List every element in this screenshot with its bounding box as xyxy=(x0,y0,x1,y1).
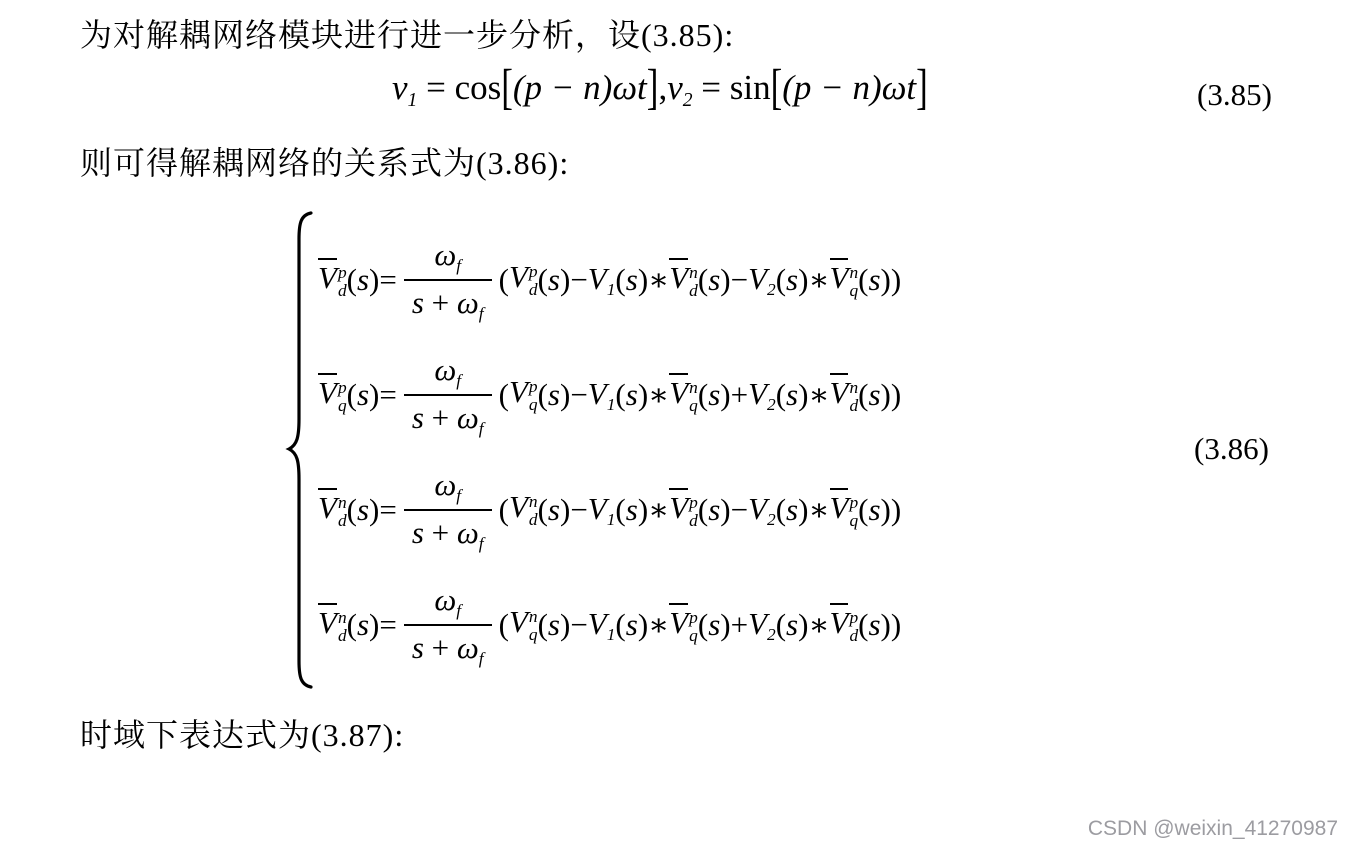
math-base: V xyxy=(748,377,767,410)
math-variable: Vpd xyxy=(318,258,347,301)
math-italic: s xyxy=(708,262,720,297)
math-italic: s xyxy=(357,377,369,412)
math-text: − xyxy=(570,607,587,643)
math-variable: V2 xyxy=(748,606,776,643)
math-italic: s xyxy=(412,630,424,665)
math-of-s: (s) xyxy=(698,492,731,528)
math-italic: s xyxy=(868,607,880,642)
math-of-s: (s) xyxy=(347,377,380,413)
math-text: = cos xyxy=(417,68,501,107)
math-italic: s xyxy=(708,492,720,527)
math-scripts: nd xyxy=(338,494,347,531)
math-italic: s xyxy=(412,285,424,320)
math-text: ∗ xyxy=(648,262,669,298)
math-base: v xyxy=(392,69,408,107)
math-italic: s xyxy=(548,262,560,297)
math-variable: Vpq xyxy=(669,603,698,646)
math-barred-base: V xyxy=(669,488,688,524)
math-italic: s xyxy=(786,377,798,412)
math-of-s: (s) xyxy=(538,377,571,413)
math-text: − xyxy=(570,377,587,413)
math-subscript: f xyxy=(479,534,484,553)
math-of-s: (s) xyxy=(615,377,648,413)
math-barred-base: V xyxy=(318,258,337,294)
math-italic: s xyxy=(786,262,798,297)
math-scripts: pd xyxy=(849,609,858,646)
math-variable: Vpq xyxy=(830,488,859,531)
watermark-text: CSDN @weixin_41270987 xyxy=(1088,817,1338,841)
math-fraction: ωfs + ωf xyxy=(404,582,492,667)
math-fraction: ωfs + ωf xyxy=(404,237,492,322)
math-scripts: nq xyxy=(529,608,538,645)
math-of-s: (s) xyxy=(776,607,809,643)
math-barred-base: V xyxy=(669,258,688,294)
math-of-s: (s) xyxy=(858,262,891,298)
math-italic: (p − n)ωt xyxy=(513,68,647,107)
math-base: V xyxy=(509,375,528,408)
equation-row: Vnd(s) = ωfs + ωf(Vnq(s) − V1(s) ∗ Vpq(s… xyxy=(318,567,901,682)
fraction-denominator: s + ωf xyxy=(404,279,492,322)
math-base: V xyxy=(588,377,607,410)
math-italic: s xyxy=(626,607,638,642)
math-text: − xyxy=(731,262,748,298)
equation-row: Vpq(s) = ωfs + ωf(Vpq(s) − V1(s) ∗ Vnq(s… xyxy=(318,337,901,452)
math-of-s: (s) xyxy=(347,607,380,643)
math-text: , xyxy=(658,68,667,107)
math-subscript: 2 xyxy=(767,395,776,414)
math-subscript: 1 xyxy=(607,510,616,529)
math-scripts: pd xyxy=(529,263,538,300)
paragraph-time-domain: 时域下表达式为(3.87): xyxy=(80,710,404,756)
math-text: + xyxy=(424,515,457,550)
math-bracket: [ xyxy=(501,59,513,116)
math-text: = sin xyxy=(693,68,771,107)
math-variable: Vnd xyxy=(830,373,859,416)
math-subscript: f xyxy=(456,256,461,275)
math-italic: s xyxy=(412,400,424,435)
math-base: V xyxy=(748,492,767,525)
math-variable: Vpd xyxy=(669,488,698,531)
math-subscript: f xyxy=(479,304,484,323)
math-of-s: (s) xyxy=(776,492,809,528)
math-text: ∗ xyxy=(648,607,669,643)
math-text: = xyxy=(379,492,396,528)
math-subscript: 1 xyxy=(607,625,616,644)
math-italic: s xyxy=(786,492,798,527)
math-text: − xyxy=(570,492,587,528)
math-of-s: (s) xyxy=(776,377,809,413)
math-scripts: pd xyxy=(338,264,347,301)
math-variable: V2 xyxy=(748,261,776,298)
math-italic: s xyxy=(548,377,560,412)
paragraph-relation: 则可得解耦网络的关系式为(3.86): xyxy=(80,138,569,184)
math-bracket: [ xyxy=(771,59,783,116)
math-subscript: f xyxy=(479,649,484,668)
math-subscript: f xyxy=(456,601,461,620)
math-text: ( xyxy=(499,607,509,643)
math-text: ) xyxy=(891,377,901,413)
math-text: + xyxy=(424,400,457,435)
math-variable: ωf xyxy=(457,285,484,320)
math-base: V xyxy=(748,262,767,295)
paragraph-intro: 为对解耦网络模块进行进一步分析，设(3.85): xyxy=(80,10,734,56)
math-base: ω xyxy=(434,353,456,386)
math-barred-base: V xyxy=(318,488,337,524)
math-text: − xyxy=(570,262,587,298)
math-of-s: (s) xyxy=(538,607,571,643)
math-barred-base: V xyxy=(830,603,849,639)
math-variable: V2 xyxy=(748,491,776,528)
equation-label-385: (3.85) xyxy=(1197,77,1272,113)
math-scripts: nd xyxy=(689,264,698,301)
fraction-denominator: s + ωf xyxy=(404,394,492,437)
math-variable: Vnq xyxy=(830,258,859,301)
math-subscript: 2 xyxy=(767,510,776,529)
math-scripts: pq xyxy=(689,609,698,646)
math-base: V xyxy=(588,492,607,525)
equation-385: v1 = cos[(p − n)ωt],v2 = sin[(p − n)ωt] xyxy=(392,68,928,110)
math-of-s: (s) xyxy=(698,262,731,298)
math-of-s: (s) xyxy=(858,377,891,413)
math-variable: V1 xyxy=(588,261,616,298)
math-barred-base: V xyxy=(830,373,849,409)
math-variable: ωf xyxy=(434,467,461,502)
math-base: ω xyxy=(434,238,456,271)
math-variable: Vpd xyxy=(509,259,538,300)
math-subscript: f xyxy=(479,419,484,438)
math-italic: s xyxy=(357,492,369,527)
math-variable: Vnd xyxy=(318,603,347,646)
equation-system-386: Vpd(s) = ωfs + ωf(Vpd(s) − V1(s) ∗ Vnd(s… xyxy=(318,222,901,682)
math-base: V xyxy=(588,262,607,295)
math-of-s: (s) xyxy=(615,492,648,528)
math-variable: Vnq xyxy=(669,373,698,416)
math-scripts: nq xyxy=(689,379,698,416)
math-scripts: pd xyxy=(689,494,698,531)
math-scripts: nd xyxy=(338,609,347,646)
math-italic: s xyxy=(626,262,638,297)
math-base: V xyxy=(509,490,528,523)
math-text: ∗ xyxy=(808,377,829,413)
math-bracket: ] xyxy=(916,59,928,116)
math-text: ∗ xyxy=(648,492,669,528)
math-italic: s xyxy=(412,515,424,550)
math-of-s: (s) xyxy=(698,377,731,413)
math-text: ∗ xyxy=(648,377,669,413)
math-variable: Vnd xyxy=(318,488,347,531)
math-fraction: ωfs + ωf xyxy=(404,467,492,552)
math-variable: Vpq xyxy=(318,373,347,416)
math-scripts: nq xyxy=(849,264,858,301)
math-of-s: (s) xyxy=(538,492,571,528)
math-italic: (p − n)ωt xyxy=(782,68,916,107)
math-barred-base: V xyxy=(318,373,337,409)
math-of-s: (s) xyxy=(858,607,891,643)
document-page: 为对解耦网络模块进行进一步分析，设(3.85): v1 = cos[(p − n… xyxy=(0,0,1352,848)
math-variable: V1 xyxy=(588,491,616,528)
math-base: V xyxy=(748,607,767,640)
math-barred-base: V xyxy=(830,488,849,524)
math-barred-base: V xyxy=(830,258,849,294)
math-variable: v1 xyxy=(392,68,417,107)
math-text: ( xyxy=(499,262,509,298)
math-variable: V1 xyxy=(588,376,616,413)
math-of-s: (s) xyxy=(347,262,380,298)
math-subscript: f xyxy=(456,371,461,390)
math-bracket: ] xyxy=(647,59,659,116)
math-of-s: (s) xyxy=(615,607,648,643)
math-text: ( xyxy=(499,377,509,413)
math-italic: s xyxy=(786,607,798,642)
math-variable: ωf xyxy=(457,515,484,550)
math-base: ω xyxy=(457,286,479,319)
math-text: ) xyxy=(891,607,901,643)
math-variable: ωf xyxy=(434,237,461,272)
math-italic: s xyxy=(357,607,369,642)
math-variable: Vnd xyxy=(669,258,698,301)
math-italic: s xyxy=(708,377,720,412)
math-scripts: nd xyxy=(529,493,538,530)
math-subscript: 1 xyxy=(607,280,616,299)
math-fraction: ωfs + ωf xyxy=(404,352,492,437)
math-scripts: nd xyxy=(849,379,858,416)
math-variable: Vpq xyxy=(509,374,538,415)
math-base: ω xyxy=(434,583,456,616)
equation-label-386: (3.86) xyxy=(1194,431,1269,467)
math-subscript: 2 xyxy=(767,625,776,644)
math-subscript: 1 xyxy=(408,90,418,111)
math-base: V xyxy=(509,260,528,293)
math-variable: ωf xyxy=(457,630,484,665)
math-italic: s xyxy=(708,607,720,642)
math-text: + xyxy=(424,630,457,665)
left-brace xyxy=(284,209,316,696)
math-scripts: pq xyxy=(338,379,347,416)
math-of-s: (s) xyxy=(615,262,648,298)
math-barred-base: V xyxy=(669,603,688,639)
math-of-s: (s) xyxy=(858,492,891,528)
math-italic: s xyxy=(626,377,638,412)
fraction-numerator: ωf xyxy=(426,352,469,393)
fraction-numerator: ωf xyxy=(426,237,469,278)
math-variable: Vnq xyxy=(509,604,538,645)
math-of-s: (s) xyxy=(538,262,571,298)
math-base: ω xyxy=(457,631,479,664)
math-barred-base: V xyxy=(318,603,337,639)
math-text: = xyxy=(379,377,396,413)
math-italic: s xyxy=(548,492,560,527)
fraction-denominator: s + ωf xyxy=(404,624,492,667)
math-text: ( xyxy=(499,492,509,528)
math-variable: ωf xyxy=(457,400,484,435)
math-of-s: (s) xyxy=(347,492,380,528)
math-text: ) xyxy=(891,492,901,528)
math-text: = xyxy=(379,607,396,643)
math-base: ω xyxy=(457,401,479,434)
math-italic: s xyxy=(868,377,880,412)
math-variable: ωf xyxy=(434,352,461,387)
fraction-numerator: ωf xyxy=(426,467,469,508)
math-text: ∗ xyxy=(808,492,829,528)
math-italic: s xyxy=(868,262,880,297)
math-base: V xyxy=(588,607,607,640)
math-subscript: 1 xyxy=(607,395,616,414)
math-base: ω xyxy=(434,468,456,501)
math-variable: Vpd xyxy=(830,603,859,646)
math-italic: s xyxy=(357,262,369,297)
math-subscript: 2 xyxy=(683,90,693,111)
math-italic: s xyxy=(626,492,638,527)
math-base: v xyxy=(667,69,683,107)
math-variable: V2 xyxy=(748,376,776,413)
math-subscript: 2 xyxy=(767,280,776,299)
math-barred-base: V xyxy=(669,373,688,409)
math-variable: ωf xyxy=(434,582,461,617)
math-text: + xyxy=(731,377,748,413)
math-of-s: (s) xyxy=(698,607,731,643)
math-text: − xyxy=(731,492,748,528)
math-text: ∗ xyxy=(808,607,829,643)
math-text: ∗ xyxy=(808,262,829,298)
math-scripts: pq xyxy=(849,494,858,531)
math-variable: V1 xyxy=(588,606,616,643)
math-italic: s xyxy=(548,607,560,642)
math-of-s: (s) xyxy=(776,262,809,298)
equation-row: Vpd(s) = ωfs + ωf(Vpd(s) − V1(s) ∗ Vnd(s… xyxy=(318,222,901,337)
math-base: V xyxy=(509,605,528,638)
math-variable: Vnd xyxy=(509,489,538,530)
fraction-denominator: s + ωf xyxy=(404,509,492,552)
math-italic: s xyxy=(868,492,880,527)
equation-row: Vnd(s) = ωfs + ωf(Vnd(s) − V1(s) ∗ Vpd(s… xyxy=(318,452,901,567)
math-text: ) xyxy=(891,262,901,298)
math-text: = xyxy=(379,262,396,298)
math-text: + xyxy=(424,285,457,320)
math-subscript: f xyxy=(456,486,461,505)
math-base: ω xyxy=(457,516,479,549)
math-text: + xyxy=(731,607,748,643)
fraction-numerator: ωf xyxy=(426,582,469,623)
math-variable: v2 xyxy=(667,68,692,107)
math-scripts: pq xyxy=(529,378,538,415)
